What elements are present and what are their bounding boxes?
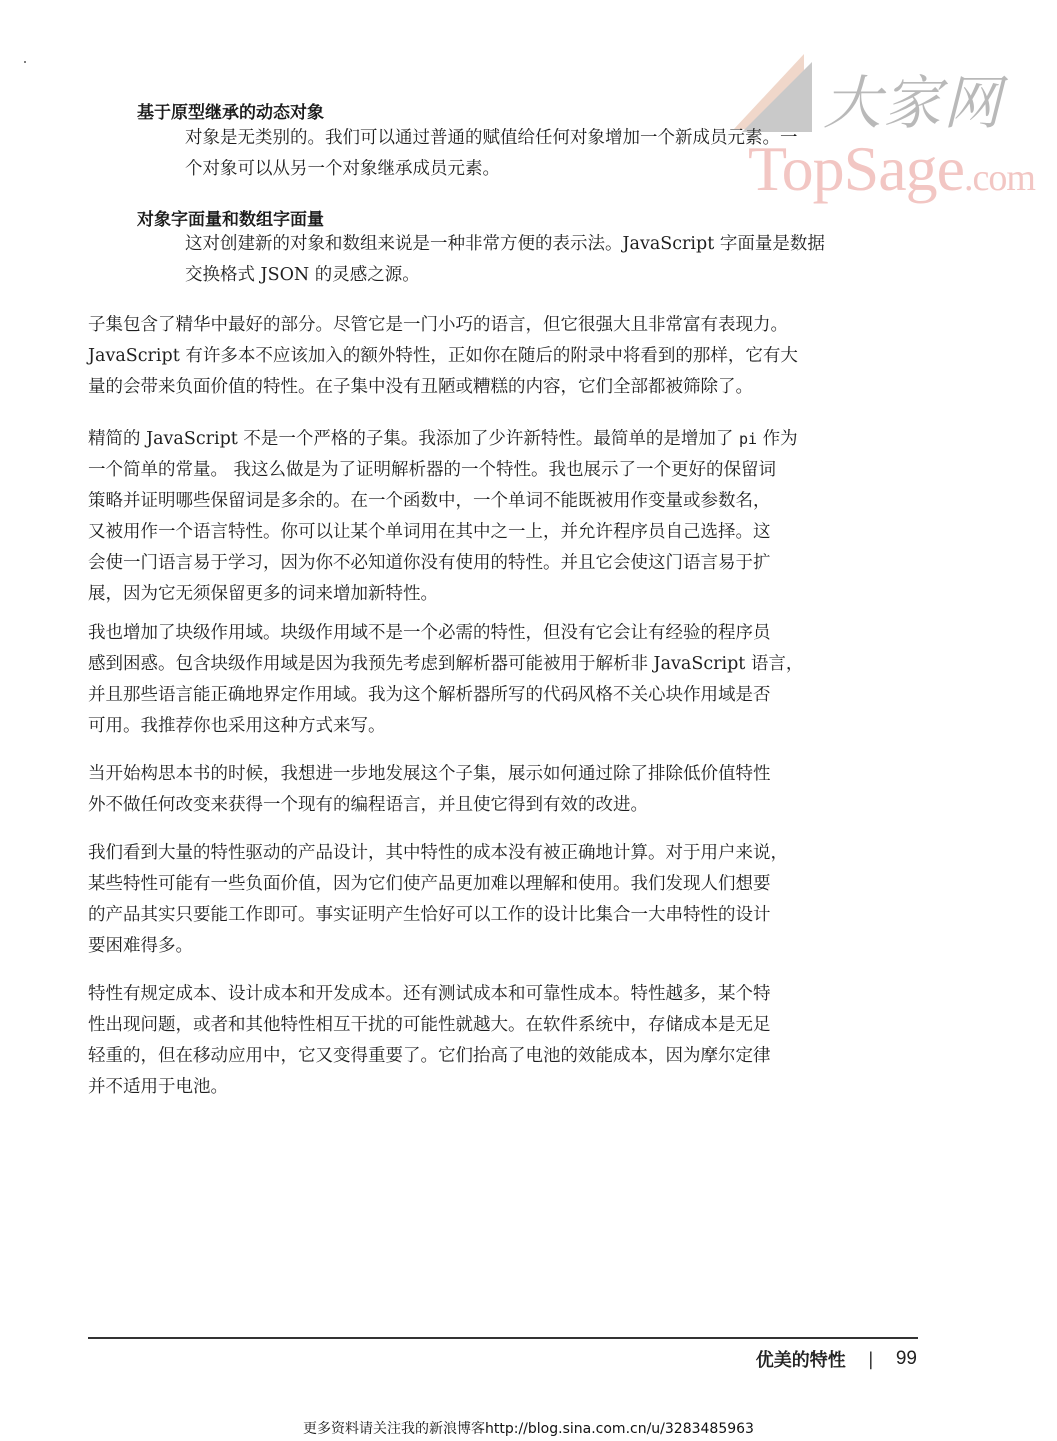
footer-separator: |	[868, 1349, 874, 1370]
definition-term: 基于原型继承的动态对象	[137, 98, 324, 123]
paragraph: 当开始构思本书的时候，我想进一步地发展这个子集，展示如何通过除了排除低价值特性 …	[88, 759, 918, 821]
paragraph: 特性有规定成本、设计成本和开发成本。还有测试成本和可靠性成本。特性越多，某个特 …	[88, 979, 918, 1103]
inline-code: pi	[739, 430, 757, 448]
text-line: 可用。我推荐你也采用这种方式来写。	[88, 711, 918, 742]
credit-line: 更多资料请关注我的新浪博客http://blog.sina.com.cn/u/3…	[0, 1418, 1057, 1438]
watermark-triangle-icon	[742, 62, 812, 132]
text-line: 特性有规定成本、设计成本和开发成本。还有测试成本和可靠性成本。特性越多，某个特	[88, 979, 918, 1010]
text-line: 展，因为它无须保留更多的词来增加新特性。	[88, 579, 918, 610]
text-line: 轻重的，但在移动应用中，它又变得重要了。它们抬高了电池的效能成本，因为摩尔定律	[88, 1041, 918, 1072]
scan-speck	[24, 61, 26, 63]
paragraph: 我们看到大量的特性驱动的产品设计，其中特性的成本没有被正确地计算。对于用户来说，…	[88, 838, 918, 962]
text-line: 又被用作一个语言特性。你可以让某个单词用在其中之一上，并允许程序员自己选择。这	[88, 517, 918, 548]
text-line: 对象是无类别的。我们可以通过普通的赋值给任何对象增加一个新成员元素。一	[185, 123, 925, 154]
text-line: 量的会带来负面价值的特性。在子集中没有丑陋或糟糕的内容，它们全部都被筛除了。	[88, 372, 918, 403]
text-line: 感到困惑。包含块级作用域是因为我预先考虑到解析器可能被用于解析非 JavaScr…	[88, 649, 918, 680]
paragraph: 我也增加了块级作用域。块级作用域不是一个必需的特性，但没有它会让有经验的程序员 …	[88, 618, 918, 742]
text-line: 精简的 JavaScript 不是一个严格的子集。我添加了少许新特性。最简单的是…	[88, 424, 918, 455]
text-line: 交换格式 JSON 的灵感之源。	[185, 260, 925, 291]
text-line: 要困难得多。	[88, 931, 918, 962]
text-line: 外不做任何改变来获得一个现有的编程语言，并且使它得到有效的改进。	[88, 790, 918, 821]
text-line: 策略并证明哪些保留词是多余的。在一个函数中，一个单词不能既被用作变量或参数名，	[88, 486, 918, 517]
text-line: 的产品其实只要能工作即可。事实证明产生恰好可以工作的设计比集合一大串特性的设计	[88, 900, 918, 931]
paragraph: 精简的 JavaScript 不是一个严格的子集。我添加了少许新特性。最简单的是…	[88, 424, 918, 610]
text-line: 某些特性可能有一些负面价值，因为它们使产品更加难以理解和使用。我们发现人们想要	[88, 869, 918, 900]
chapter-title: 优美的特性	[756, 1346, 846, 1372]
definition-term: 对象字面量和数组字面量	[137, 205, 324, 230]
text-line: 性出现问题，或者和其他特性相互干扰的可能性就越大。在软件系统中，存储成本是无足	[88, 1010, 918, 1041]
watermark-triangle-icon	[734, 54, 804, 129]
definition-body: 对象是无类别的。我们可以通过普通的赋值给任何对象增加一个新成员元素。一 个对象可…	[185, 123, 925, 185]
text-line: 会使一门语言易于学习，因为你不必知道你没有使用的特性。并且它会使这门语言易于扩	[88, 548, 918, 579]
paragraph: 子集包含了精华中最好的部分。尽管它是一门小巧的语言，但它很强大且非常富有表现力。…	[88, 310, 918, 403]
text-line: 我也增加了块级作用域。块级作用域不是一个必需的特性，但没有它会让有经验的程序员	[88, 618, 918, 649]
text-line: 子集包含了精华中最好的部分。尽管它是一门小巧的语言，但它很强大且非常富有表现力。	[88, 310, 918, 341]
footer-rule	[88, 1337, 918, 1339]
text-line: 当开始构思本书的时候，我想进一步地发展这个子集，展示如何通过除了排除低价值特性	[88, 759, 918, 790]
text-line: 一个简单的常量。 我这么做是为了证明解析器的一个特性。我也展示了一个更好的保留词	[88, 455, 918, 486]
text-line: JavaScript 有许多本不应该加入的额外特性，正如你在随后的附录中将看到的…	[88, 341, 918, 372]
text-line: 个对象可以从另一个对象继承成员元素。	[185, 154, 925, 185]
text-line: 我们看到大量的特性驱动的产品设计，其中特性的成本没有被正确地计算。对于用户来说，	[88, 838, 918, 869]
text-line: 并且那些语言能正确地界定作用域。我为这个解析器所写的代码风格不关心块作用域是否	[88, 680, 918, 711]
definition-body: 这对创建新的对象和数组来说是一种非常方便的表示法。JavaScript 字面量是…	[185, 229, 925, 291]
page-footer: 优美的特性 | 99	[756, 1346, 917, 1372]
page-number: 99	[896, 1348, 917, 1370]
text-line: 并不适用于电池。	[88, 1072, 918, 1103]
text-line: 这对创建新的对象和数组来说是一种非常方便的表示法。JavaScript 字面量是…	[185, 229, 925, 260]
